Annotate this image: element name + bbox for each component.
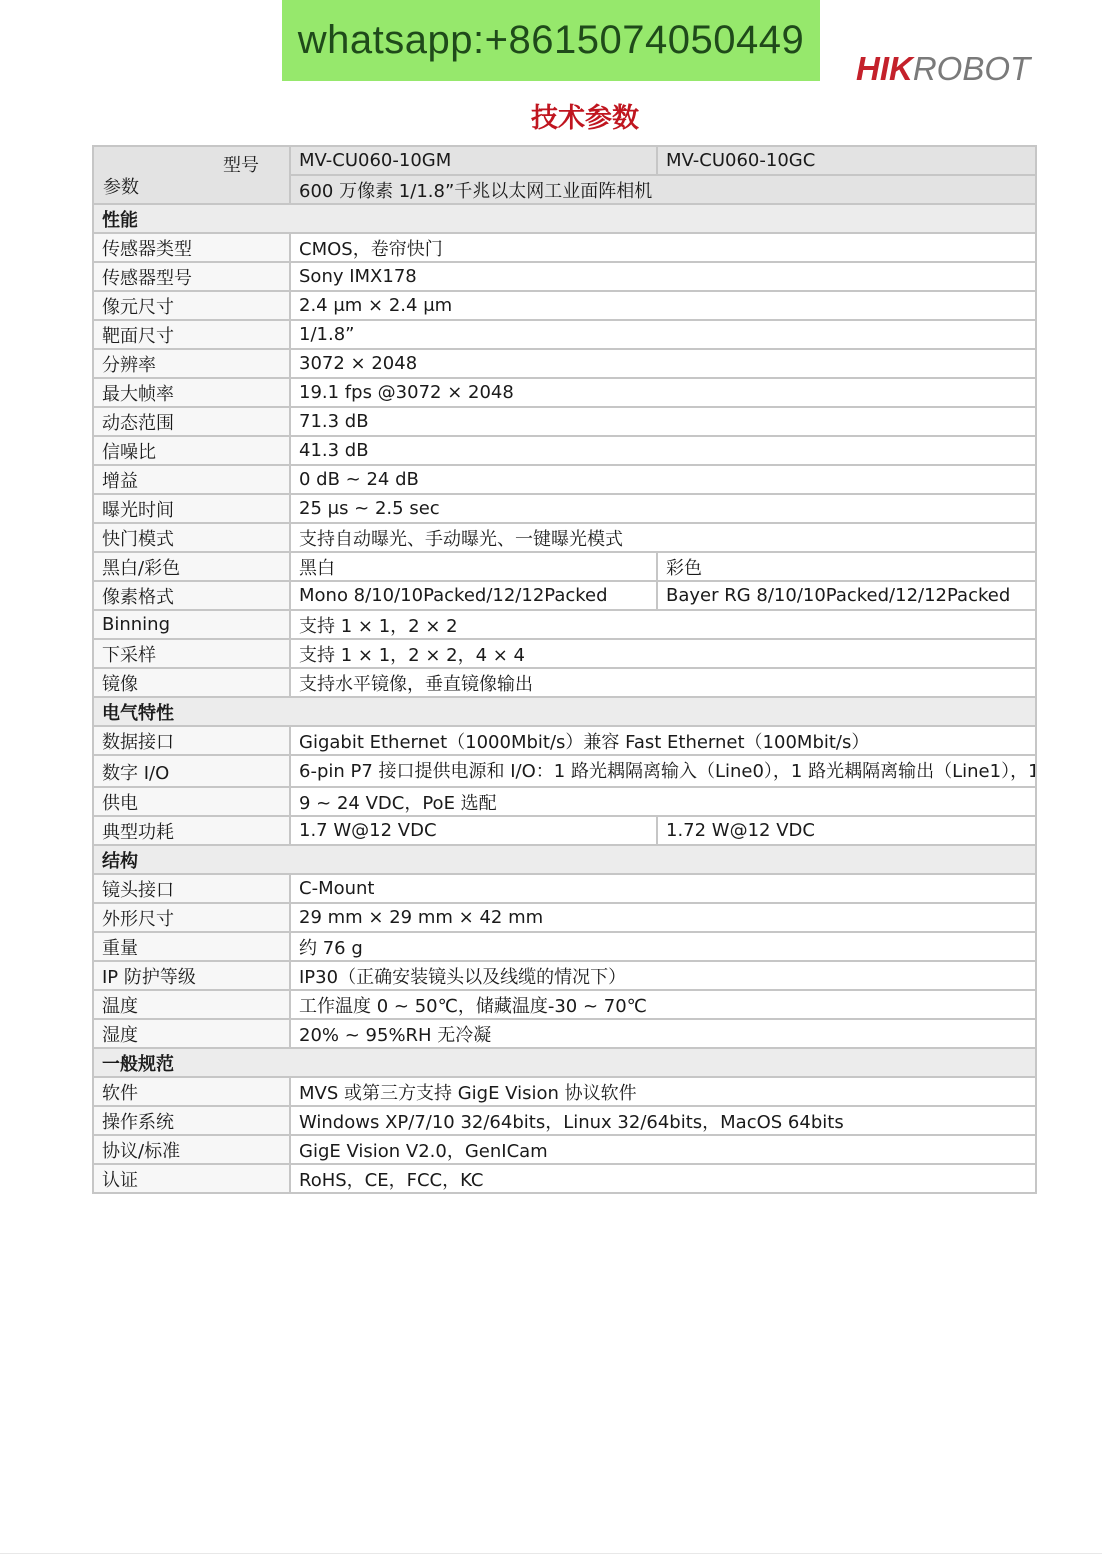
table-row: 外形尺寸29 mm × 29 mm × 42 mm [93,903,1036,932]
row-value-mono: Mono 8/10/10Packed/12/12Packed [290,581,657,610]
table-row: 增益0 dB ~ 24 dB [93,465,1036,494]
corner-param-label: 参数 [103,173,139,199]
row-value: 1/1.8” [290,320,1036,349]
row-label: 像元尺寸 [93,291,290,320]
table-row: IP 防护等级IP30（正确安装镜头以及线缆的情况下） [93,961,1036,990]
row-value: 9 ~ 24 VDC，PoE 选配 [290,787,1036,816]
row-value: 工作温度 0 ~ 50℃，储藏温度-30 ~ 70℃ [290,990,1036,1019]
row-value: Sony IMX178 [290,262,1036,291]
row-value-mono: 黑白 [290,552,657,581]
table-row: 重量约 76 g [93,932,1036,961]
row-label: 湿度 [93,1019,290,1048]
row-value: IP30（正确安装镜头以及线缆的情况下） [290,961,1036,990]
row-label: 操作系统 [93,1106,290,1135]
table-row: 下采样支持 1 × 1，2 × 2，4 × 4 [93,639,1036,668]
row-value: 25 μs ~ 2.5 sec [290,494,1036,523]
row-label: 曝光时间 [93,494,290,523]
row-label: 像素格式 [93,581,290,610]
row-value-color: 1.72 W@12 VDC [657,816,1036,845]
section-title: 结构 [93,845,1036,874]
table-row: 信噪比41.3 dB [93,436,1036,465]
section-header: 性能 [93,204,1036,233]
section-title: 一般规范 [93,1048,1036,1077]
section-title: 电气特性 [93,697,1036,726]
spec-table: 型号 参数 MV-CU060-10GM MV-CU060-10GC 600 万像… [92,145,1037,1194]
table-row: Binning支持 1 × 1，2 × 2 [93,610,1036,639]
row-value: 6-pin P7 接口提供电源和 I/O：1 路光耦隔离输入（Line0），1 … [290,755,1036,787]
row-label: 传感器类型 [93,233,290,262]
row-label: 重量 [93,932,290,961]
corner-cell: 型号 参数 [93,146,290,204]
table-row: 镜头接口C-Mount [93,874,1036,903]
row-value-color: 彩色 [657,552,1036,581]
row-label: 供电 [93,787,290,816]
row-value: 支持自动曝光、手动曝光、一键曝光模式 [290,523,1036,552]
corner-model-label: 型号 [223,151,259,177]
row-value: 20% ~ 95%RH 无冷凝 [290,1019,1036,1048]
row-label: 分辨率 [93,349,290,378]
row-label: 认证 [93,1164,290,1193]
section-title: 性能 [93,204,1036,233]
row-label: 温度 [93,990,290,1019]
row-label: 黑白/彩色 [93,552,290,581]
row-label: 信噪比 [93,436,290,465]
row-value: 支持水平镜像，垂直镜像输出 [290,668,1036,697]
row-label: 靶面尺寸 [93,320,290,349]
table-row: 数据接口Gigabit Ethernet（1000Mbit/s）兼容 Fast … [93,726,1036,755]
row-value: 19.1 fps @3072 × 2048 [290,378,1036,407]
row-value: Gigabit Ethernet（1000Mbit/s）兼容 Fast Ethe… [290,726,1036,755]
page-title: 技术参数 [0,96,1102,135]
table-row: 供电9 ~ 24 VDC，PoE 选配 [93,787,1036,816]
section-header: 结构 [93,845,1036,874]
row-value: GigE Vision V2.0，GenICam [290,1135,1036,1164]
logo-hik: HIK [856,50,913,87]
row-value: CMOS，卷帘快门 [290,233,1036,262]
table-row: 操作系统Windows XP/7/10 32/64bits，Linux 32/6… [93,1106,1036,1135]
table-row: 传感器类型CMOS，卷帘快门 [93,233,1036,262]
row-label: 传感器型号 [93,262,290,291]
table-row: 最大帧率19.1 fps @3072 × 2048 [93,378,1036,407]
row-label: 最大帧率 [93,378,290,407]
row-label: 增益 [93,465,290,494]
row-label: 典型功耗 [93,816,290,845]
row-label: 镜像 [93,668,290,697]
row-label: 外形尺寸 [93,903,290,932]
row-label: 协议/标准 [93,1135,290,1164]
model-mono: MV-CU060-10GM [290,146,657,175]
row-label: 下采样 [93,639,290,668]
row-value: 约 76 g [290,932,1036,961]
table-row: 动态范围71.3 dB [93,407,1036,436]
row-label: 数字 I/O [93,755,290,787]
row-value: 3072 × 2048 [290,349,1036,378]
row-value-color: Bayer RG 8/10/10Packed/12/12Packed [657,581,1036,610]
whatsapp-banner: whatsapp:+8615074050449 [282,0,820,81]
row-label: IP 防护等级 [93,961,290,990]
section-header: 一般规范 [93,1048,1036,1077]
row-value: 2.4 μm × 2.4 μm [290,291,1036,320]
row-label: 快门模式 [93,523,290,552]
model-description: 600 万像素 1/1.8”千兆以太网工业面阵相机 [290,175,1036,204]
table-row: 传感器型号Sony IMX178 [93,262,1036,291]
page-bottom-divider [0,1553,1102,1554]
table-row: 数字 I/O6-pin P7 接口提供电源和 I/O：1 路光耦隔离输入（Lin… [93,755,1036,787]
table-row: 曝光时间25 μs ~ 2.5 sec [93,494,1036,523]
row-value: MVS 或第三方支持 GigE Vision 协议软件 [290,1077,1036,1106]
row-label: Binning [93,610,290,639]
table-row: 软件MVS 或第三方支持 GigE Vision 协议软件 [93,1077,1036,1106]
table-row: 典型功耗1.7 W@12 VDC1.72 W@12 VDC [93,816,1036,845]
whatsapp-text: whatsapp:+8615074050449 [298,18,804,63]
row-value: 29 mm × 29 mm × 42 mm [290,903,1036,932]
row-label: 软件 [93,1077,290,1106]
row-value: C-Mount [290,874,1036,903]
table-row: 镜像支持水平镜像，垂直镜像输出 [93,668,1036,697]
header-row-models: 型号 参数 MV-CU060-10GM MV-CU060-10GC [93,146,1036,175]
table-row: 黑白/彩色黑白彩色 [93,552,1036,581]
table-row: 温度工作温度 0 ~ 50℃，储藏温度-30 ~ 70℃ [93,990,1036,1019]
row-label: 数据接口 [93,726,290,755]
table-row: 认证RoHS，CE，FCC，KC [93,1164,1036,1193]
row-value: RoHS，CE，FCC，KC [290,1164,1036,1193]
row-value: 71.3 dB [290,407,1036,436]
row-label: 镜头接口 [93,874,290,903]
table-row: 像元尺寸2.4 μm × 2.4 μm [93,291,1036,320]
model-color: MV-CU060-10GC [657,146,1036,175]
table-row: 分辨率3072 × 2048 [93,349,1036,378]
table-row: 协议/标准GigE Vision V2.0，GenICam [93,1135,1036,1164]
hikrobot-logo: HIKROBOT [856,50,1030,88]
row-value: 41.3 dB [290,436,1036,465]
logo-robot: ROBOT [913,50,1030,87]
table-row: 快门模式支持自动曝光、手动曝光、一键曝光模式 [93,523,1036,552]
section-header: 电气特性 [93,697,1036,726]
row-value: 支持 1 × 1，2 × 2 [290,610,1036,639]
table-row: 湿度20% ~ 95%RH 无冷凝 [93,1019,1036,1048]
row-label: 动态范围 [93,407,290,436]
row-value: Windows XP/7/10 32/64bits，Linux 32/64bit… [290,1106,1036,1135]
row-value: 0 dB ~ 24 dB [290,465,1036,494]
table-row: 靶面尺寸1/1.8” [93,320,1036,349]
table-row: 像素格式Mono 8/10/10Packed/12/12PackedBayer … [93,581,1036,610]
row-value: 支持 1 × 1，2 × 2，4 × 4 [290,639,1036,668]
row-value-mono: 1.7 W@12 VDC [290,816,657,845]
